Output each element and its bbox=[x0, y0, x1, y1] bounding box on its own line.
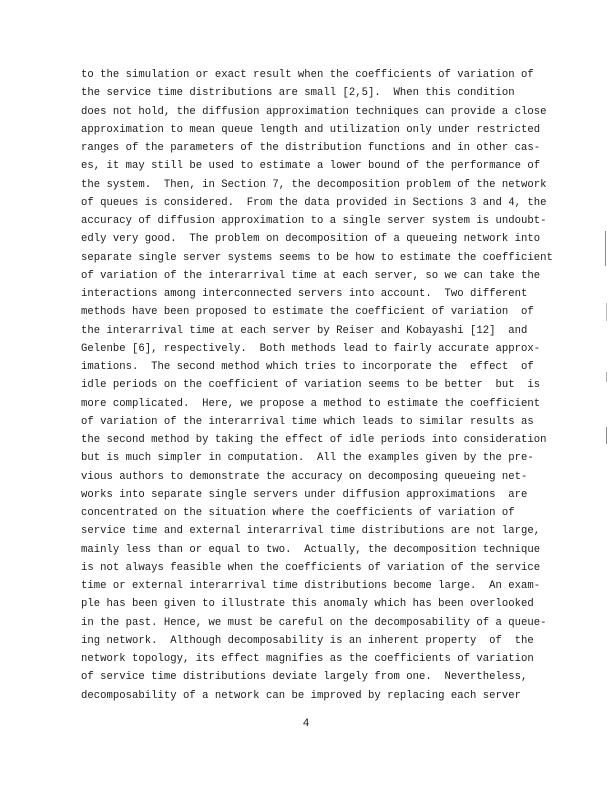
text-line: of variation of the interarrival time wh… bbox=[81, 413, 551, 431]
text-line: more complicated. Here, we propose a met… bbox=[81, 395, 551, 413]
page-number: 4 bbox=[0, 718, 612, 730]
text-line: interactions among interconnected server… bbox=[81, 285, 551, 303]
text-line: but is much simpler in computation. All … bbox=[81, 449, 551, 467]
text-line: the second method by taking the effect o… bbox=[81, 431, 551, 449]
text-line: does not hold, the diffusion approximati… bbox=[81, 103, 551, 121]
scan-edge-mark bbox=[605, 231, 606, 266]
text-line: network topology, its effect magnifies a… bbox=[81, 650, 551, 668]
text-line: vious authors to demonstrate the accurac… bbox=[81, 468, 551, 486]
scan-edge-mark bbox=[606, 303, 607, 321]
text-line: in the past. Hence, we must be careful o… bbox=[81, 614, 551, 632]
text-line: idle periods on the coefficient of varia… bbox=[81, 376, 551, 394]
text-line: edly very good. The problem on decomposi… bbox=[81, 230, 551, 248]
text-line: works into separate single servers under… bbox=[81, 486, 551, 504]
text-line: of variation of the interarrival time at… bbox=[81, 267, 551, 285]
text-line: mainly less than or equal to two. Actual… bbox=[81, 541, 551, 559]
text-line: methods have been proposed to estimate t… bbox=[81, 303, 551, 321]
scan-edge-mark bbox=[606, 372, 607, 382]
text-line: the service time distributions are small… bbox=[81, 84, 551, 102]
text-line: the system. Then, in Section 7, the deco… bbox=[81, 176, 551, 194]
text-line: ple has been given to illustrate this an… bbox=[81, 595, 551, 613]
text-line: es, it may still be used to estimate a l… bbox=[81, 157, 551, 175]
text-line: decomposability of a network can be impr… bbox=[81, 687, 551, 705]
body-text: to the simulation or exact result when t… bbox=[81, 66, 551, 705]
scan-edge-mark bbox=[606, 427, 607, 444]
text-line: ing network. Although decomposability is… bbox=[81, 632, 551, 650]
text-line: Gelenbe [6], respectively. Both methods … bbox=[81, 340, 551, 358]
text-line: service time and external interarrival t… bbox=[81, 522, 551, 540]
text-line: approximation to mean queue length and u… bbox=[81, 121, 551, 139]
text-line: of queues is considered. From the data p… bbox=[81, 194, 551, 212]
text-line: to the simulation or exact result when t… bbox=[81, 66, 551, 84]
text-line: concentrated on the situation where the … bbox=[81, 504, 551, 522]
text-line: ranges of the parameters of the distribu… bbox=[81, 139, 551, 157]
text-line: is not always feasible when the coeffici… bbox=[81, 559, 551, 577]
text-line: of service time distributions deviate la… bbox=[81, 668, 551, 686]
text-line: accuracy of diffusion approximation to a… bbox=[81, 212, 551, 230]
text-line: separate single server systems seems to … bbox=[81, 249, 551, 267]
text-line: time or external interarrival time distr… bbox=[81, 577, 551, 595]
text-line: imations. The second method which tries … bbox=[81, 358, 551, 376]
text-line: the interarrival time at each server by … bbox=[81, 322, 551, 340]
